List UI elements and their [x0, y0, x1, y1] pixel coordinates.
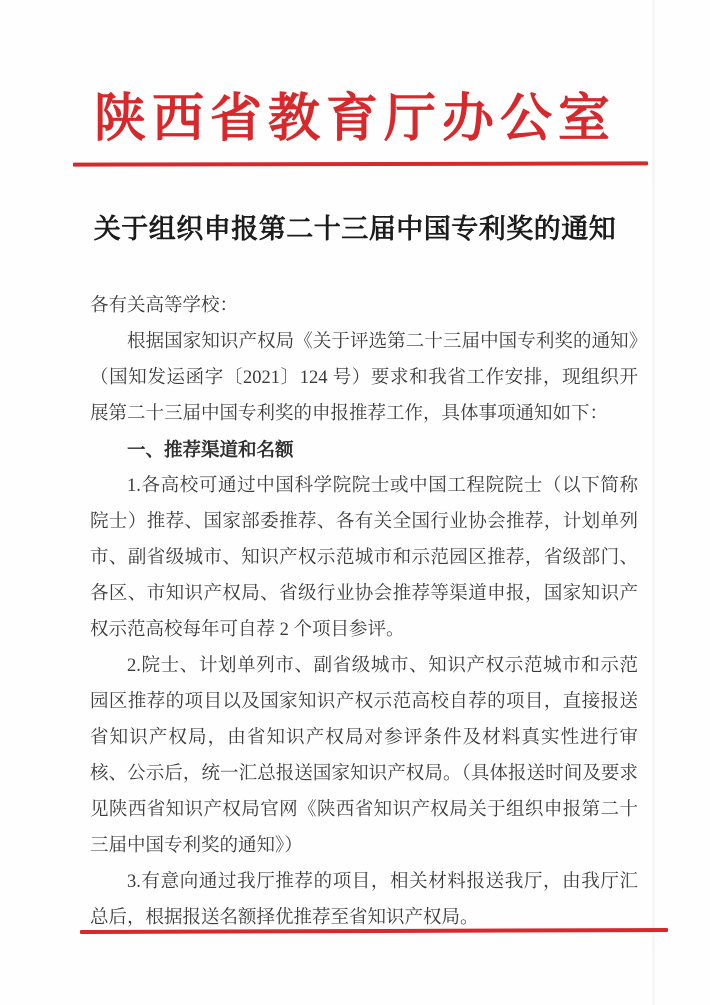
item-3-paragraph: 3.有意向通过我厅推荐的项目，相关材料报送我厅，由我厅汇总后，根据报送名额择优推…: [90, 864, 638, 936]
section-heading-1: 一、推荐渠道和名额: [90, 432, 638, 468]
document-body: 各有关高等学校： 根据国家知识产权局《关于评选第二十三届中国专利奖的通知》（国知…: [90, 288, 638, 936]
letterhead-title: 陕西省教育厅办公室: [0, 94, 710, 146]
document-title: 关于组织申报第二十三届中国专利奖的通知: [0, 213, 710, 245]
item-2-paragraph: 2.院士、计划单列市、副省级城市、知识产权示范城市和示范园区推荐的项目以及国家知…: [90, 648, 638, 864]
scan-artifact-streak: [652, 0, 655, 1005]
intro-paragraph: 根据国家知识产权局《关于评选第二十三届中国专利奖的通知》（国知发运函字〔2021…: [90, 324, 638, 432]
letterhead-divider: [73, 161, 648, 166]
notice-page: 陕西省教育厅办公室 关于组织申报第二十三届中国专利奖的通知 各有关高等学校： 根…: [0, 0, 710, 1005]
item-1-paragraph: 1.各高校可通过中国科学院院士或中国工程院院士（以下简称院士）推荐、国家部委推荐…: [90, 468, 638, 648]
salutation: 各有关高等学校：: [90, 288, 638, 324]
